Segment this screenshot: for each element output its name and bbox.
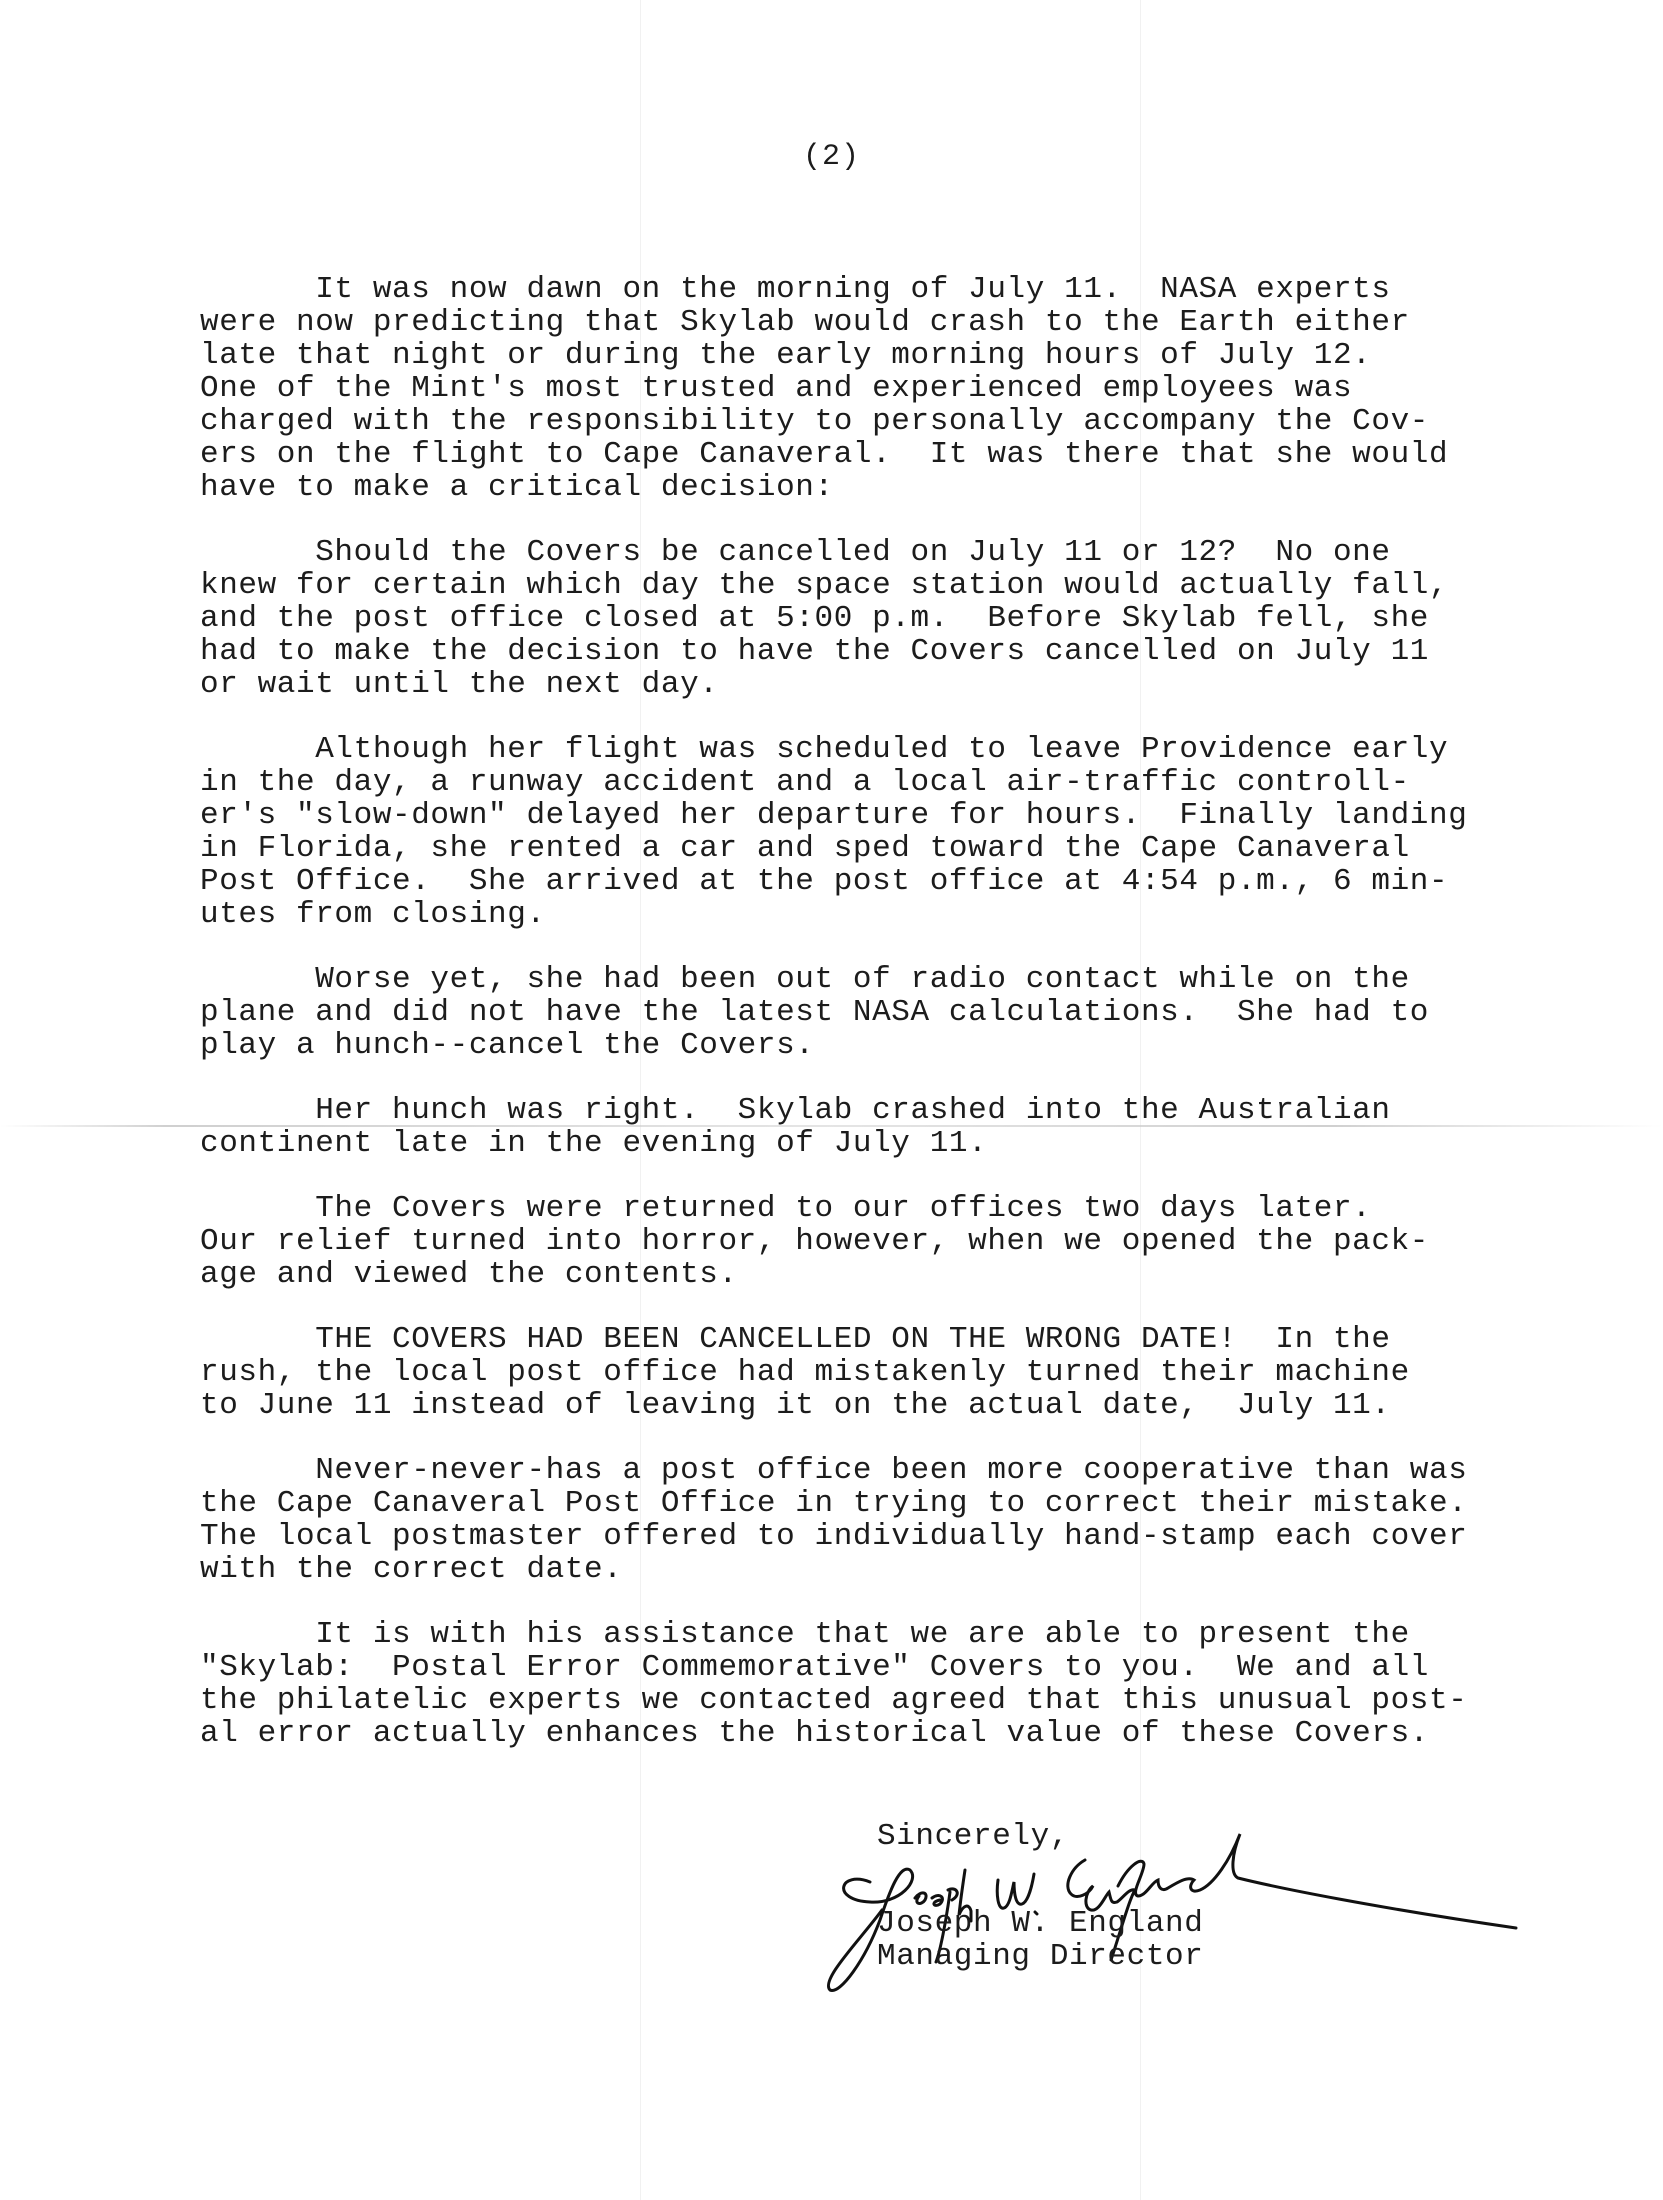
page-number: (2) [0, 140, 1663, 174]
paragraph-covers-returned: The Covers were returned to our offices … [200, 1192, 1530, 1291]
signer-title: Managing Director [877, 1940, 1203, 1973]
salutation: Sincerely, [877, 1820, 1203, 1853]
paragraph-radio-contact: Worse yet, she had been out of radio con… [200, 963, 1530, 1062]
letter-closing: Sincerely, Joseph W. England Managing Di… [877, 1820, 1203, 1973]
paragraph-cancellation-decision: Should the Covers be cancelled on July 1… [200, 536, 1530, 701]
letter-body: It was now dawn on the morning of July 1… [200, 273, 1530, 1782]
paragraph-skylab-prediction: It was now dawn on the morning of July 1… [200, 273, 1530, 504]
paragraph-flight-delay: Although her flight was scheduled to lea… [200, 733, 1530, 931]
paragraph-post-office-cooperation: Never-never-has a post office been more … [200, 1454, 1530, 1586]
signer-name: Joseph W. England [877, 1907, 1203, 1940]
paragraph-commemorative-covers: It is with his assistance that we are ab… [200, 1618, 1530, 1750]
paragraph-hunch-right: Her hunch was right. Skylab crashed into… [200, 1094, 1530, 1160]
paragraph-wrong-date: THE COVERS HAD BEEN CANCELLED ON THE WRO… [200, 1323, 1530, 1422]
